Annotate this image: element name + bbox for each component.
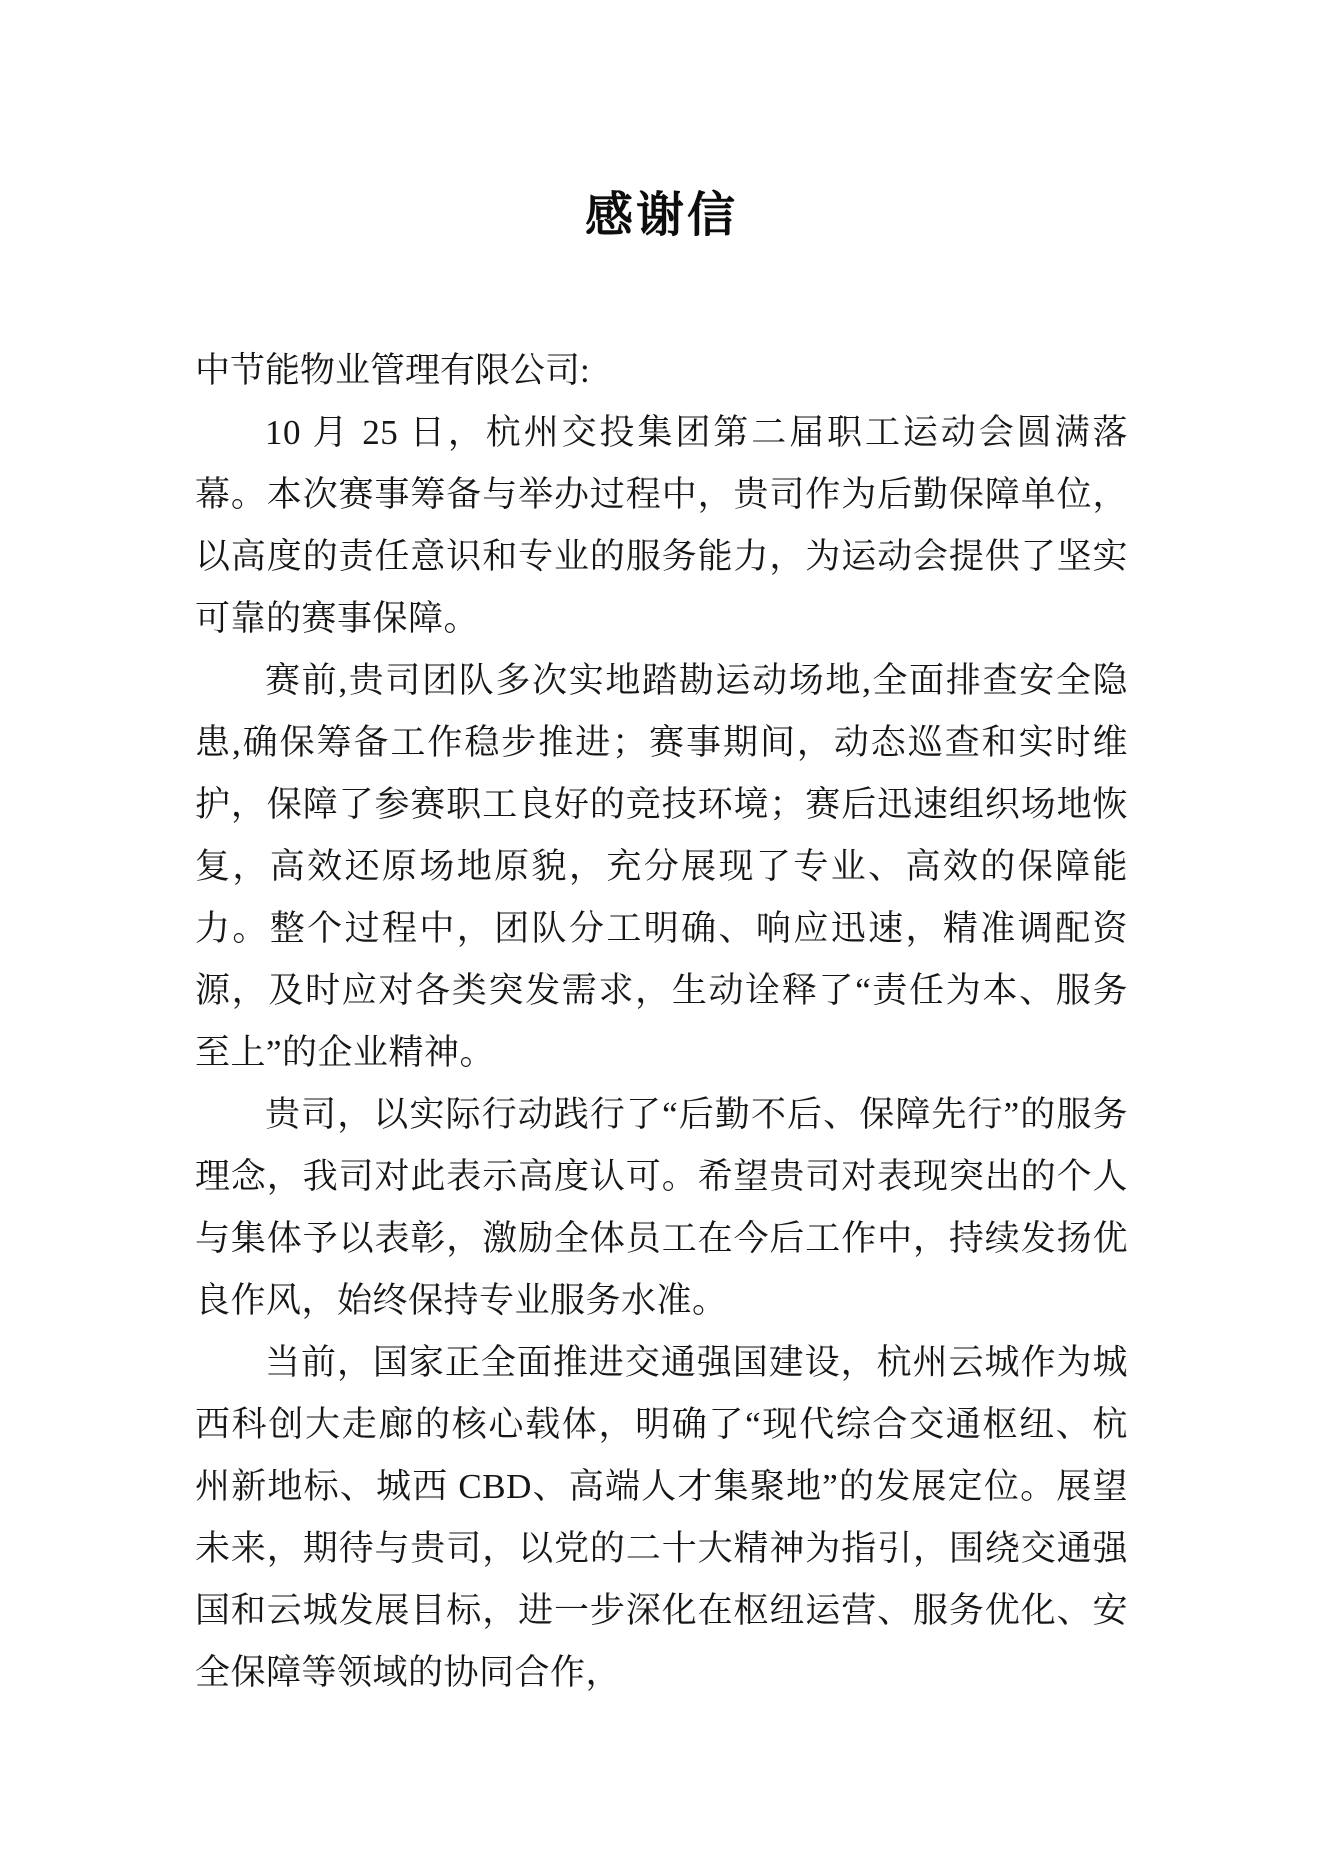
letter-paragraph-2: 赛前,贵司团队多次实地踏勘运动场地,全面排查安全隐患,确保筹备工作稳步推进；赛事… [195,650,1128,1084]
letter-title: 感谢信 [195,186,1128,246]
letter-paragraph-3: 贵司，以实际行动践行了“后勤不后、保障先行”的服务理念，我司对此表示高度认可。希… [195,1084,1128,1332]
letter-salutation: 中节能物业管理有限公司: [195,340,1128,402]
letter-paragraph-1: 10 月 25 日，杭州交投集团第二届职工运动会圆满落幕。本次赛事筹备与举办过程… [195,402,1128,650]
letter-paragraph-4: 当前，国家正全面推进交通强国建设，杭州云城作为城西科创大走廊的核心载体，明确了“… [195,1332,1128,1704]
letter-page: 感谢信 中节能物业管理有限公司: 10 月 25 日，杭州交投集团第二届职工运动… [0,0,1322,1871]
